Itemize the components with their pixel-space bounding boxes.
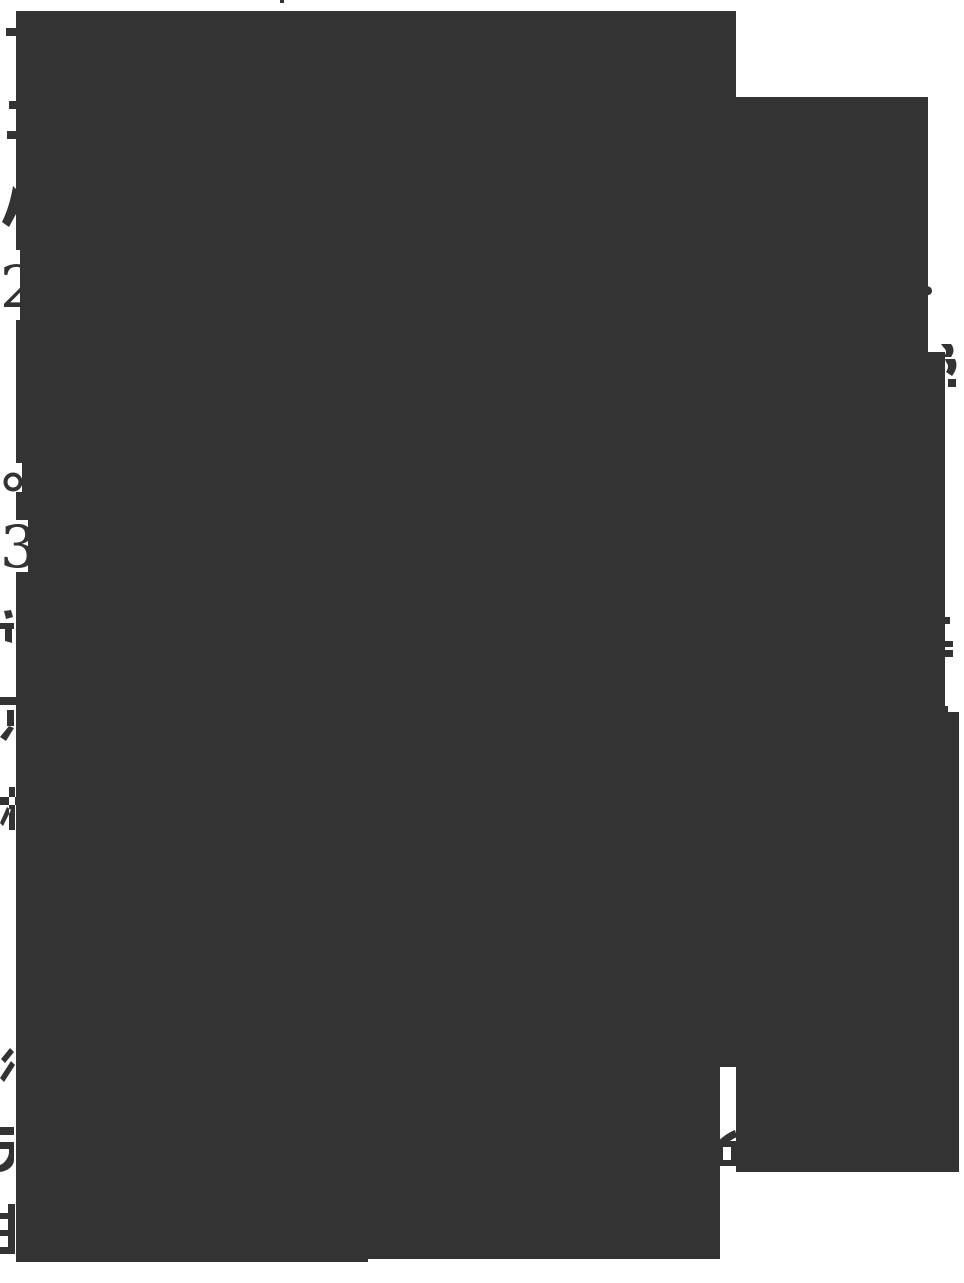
right-hook-3 (948, 379, 956, 387)
sun-base-sliver (0, 697, 18, 741)
ideographic-period (4, 473, 23, 492)
eye-radical-sliver (0, 1204, 15, 1254)
stone-char-box (718, 1141, 736, 1166)
speech-radical-sliver (0, 610, 14, 643)
sound-char-sliver (0, 1127, 14, 1172)
silhouette-graphic: 23 (0, 0, 964, 1283)
left-stroke-tip-3 (7, 131, 16, 139)
top-edge-stroke-tip (280, 0, 284, 3)
step-radical-sliver (0, 1048, 15, 1082)
person-radical-sliver (2, 186, 16, 227)
wood-radical-sliver (0, 787, 16, 830)
right-hook-2 (945, 359, 956, 376)
ink-blob (16, 11, 959, 1262)
left-stroke-tip-1 (6, 28, 16, 36)
left-stroke-tip-2 (9, 101, 16, 109)
document-page: 23 (0, 0, 964, 1283)
